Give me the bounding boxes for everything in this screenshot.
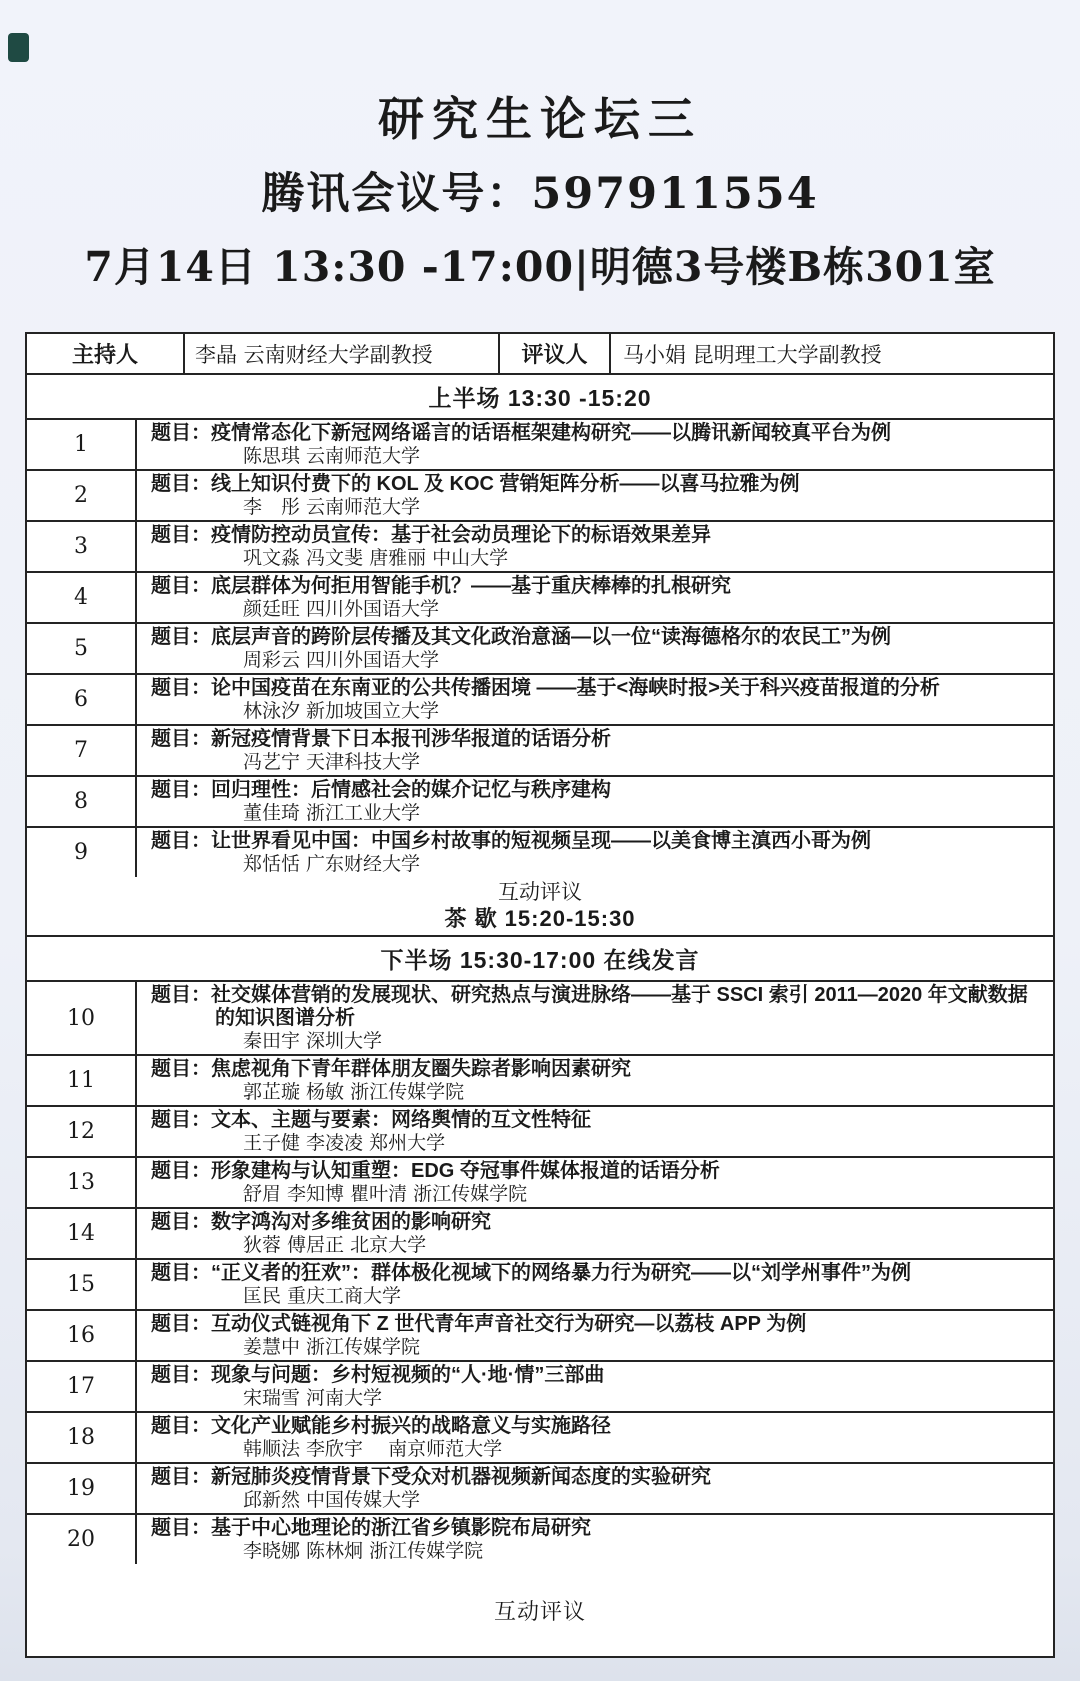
table-row: 19题目：新冠肺炎疫情背景下受众对机器视频新闻态度的实验研究邱新然 中国传媒大学 [27, 1464, 1053, 1515]
paper-title: 题目：疫情防控动员宣传：基于社会动员理论下的标语效果差异 [151, 524, 1043, 547]
row-content: 题目：焦虑视角下青年群体朋友圈失踪者影响因素研究郭芷璇 杨敏 浙江传媒学院 [137, 1056, 1053, 1105]
paper-authors: 狄蓉 傅居正 北京大学 [151, 1234, 1043, 1256]
second-half-header: 下半场 15:30-17:00 在线发言 [27, 937, 1053, 982]
paper-authors: 郭芷璇 杨敏 浙江传媒学院 [151, 1081, 1043, 1103]
row-content: 题目：数字鸿沟对多维贫困的影响研究狄蓉 傅居正 北京大学 [137, 1209, 1053, 1258]
page-title: 研究生论坛三 [0, 92, 1080, 147]
table-row: 14题目：数字鸿沟对多维贫困的影响研究狄蓉 傅居正 北京大学 [27, 1209, 1053, 1260]
paper-authors: 李晓娜 陈林炯 浙江传媒学院 [151, 1540, 1043, 1562]
row-number: 8 [27, 777, 137, 826]
paper-title: 题目：形象建构与认知重塑：EDG 夺冠事件媒体报道的话语分析 [151, 1160, 1043, 1183]
paper-title: 题目：底层群体为何拒用智能手机？——基于重庆棒棒的扎根研究 [151, 575, 1043, 598]
row-number: 9 [27, 828, 137, 877]
paper-title: 题目：新冠肺炎疫情背景下受众对机器视频新闻态度的实验研究 [151, 1466, 1043, 1489]
paper-authors: 周彩云 四川外国语大学 [151, 649, 1043, 671]
row-number: 12 [27, 1107, 137, 1156]
paper-authors: 林泳汐 新加坡国立大学 [151, 700, 1043, 722]
table-row: 17题目：现象与问题：乡村短视频的“人·地·情”三部曲宋瑞雪 河南大学 [27, 1362, 1053, 1413]
second-half-rows: 10题目：社交媒体营销的发展现状、研究热点与演进脉络——基于 SSCI 索引 2… [27, 982, 1053, 1564]
paper-authors: 匡民 重庆工商大学 [151, 1285, 1043, 1307]
tea-break-row: 互动评议 茶 歇 15:20-15:30 [27, 877, 1053, 937]
table-row: 4题目：底层群体为何拒用智能手机？——基于重庆棒棒的扎根研究颜廷旺 四川外国语大… [27, 573, 1053, 624]
paper-title: 题目：疫情常态化下新冠网络谣言的话语框架建构研究——以腾讯新闻较真平台为例 [151, 422, 1043, 445]
row-number: 18 [27, 1413, 137, 1462]
paper-authors: 陈思琪 云南师范大学 [151, 445, 1043, 467]
row-content: 题目：文本、主题与要素：网络舆情的互文性特征王子健 李凌凌 郑州大学 [137, 1107, 1053, 1156]
reviewer-value: 马小娟 昆明理工大学副教授 [611, 334, 1053, 373]
paper-title: 题目：互动仪式链视角下 Z 世代青年声音社交行为研究—以荔枝 APP 为例 [151, 1313, 1043, 1336]
paper-title: 题目：文化产业赋能乡村振兴的战略意义与实施路径 [151, 1415, 1043, 1438]
row-number: 17 [27, 1362, 137, 1411]
paper-authors: 巩文淼 冯文斐 唐雅丽 中山大学 [151, 547, 1043, 569]
schedule-table: 主持人 李晶 云南财经大学副教授 评议人 马小娟 昆明理工大学副教授 上半场 1… [25, 332, 1055, 1658]
paper-title: 题目：基于中心地理论的浙江省乡镇影院布局研究 [151, 1517, 1043, 1540]
table-row: 13题目：形象建构与认知重塑：EDG 夺冠事件媒体报道的话语分析舒眉 李知博 瞿… [27, 1158, 1053, 1209]
row-number: 15 [27, 1260, 137, 1309]
row-content: 题目：“正义者的狂欢”：群体极化视域下的网络暴力行为研究——以“刘学州事件”为例… [137, 1260, 1053, 1309]
paper-authors: 邱新然 中国传媒大学 [151, 1489, 1043, 1511]
corner-mark [8, 33, 29, 62]
paper-title: 题目：文本、主题与要素：网络舆情的互文性特征 [151, 1109, 1043, 1132]
table-row: 3题目：疫情防控动员宣传：基于社会动员理论下的标语效果差异巩文淼 冯文斐 唐雅丽… [27, 522, 1053, 573]
meeting-number-line: 腾讯会议号：597911554 [0, 169, 1080, 221]
table-row: 11题目：焦虑视角下青年群体朋友圈失踪者影响因素研究郭芷璇 杨敏 浙江传媒学院 [27, 1056, 1053, 1107]
paper-title: 题目：现象与问题：乡村短视频的“人·地·情”三部曲 [151, 1364, 1043, 1387]
first-half-rows: 1题目：疫情常态化下新冠网络谣言的话语框架建构研究——以腾讯新闻较真平台为例陈思… [27, 420, 1053, 877]
table-row: 9题目：让世界看见中国：中国乡村故事的短视频呈现——以美食博主滇西小哥为例郑恬恬… [27, 828, 1053, 877]
paper-authors: 颜廷旺 四川外国语大学 [151, 598, 1043, 620]
table-row: 18题目：文化产业赋能乡村振兴的战略意义与实施路径韩顺法 李欣宇 南京师范大学 [27, 1413, 1053, 1464]
row-number: 5 [27, 624, 137, 673]
row-content: 题目：疫情防控动员宣传：基于社会动员理论下的标语效果差异巩文淼 冯文斐 唐雅丽 … [137, 522, 1053, 571]
paper-title: 题目：社交媒体营销的发展现状、研究热点与演进脉络——基于 SSCI 索引 201… [151, 984, 1043, 1030]
paper-title: 题目：“正义者的狂欢”：群体极化视域下的网络暴力行为研究——以“刘学州事件”为例 [151, 1262, 1043, 1285]
paper-authors: 冯艺宁 天津科技大学 [151, 751, 1043, 773]
row-content: 题目：新冠疫情背景下日本报刊涉华报道的话语分析冯艺宁 天津科技大学 [137, 726, 1053, 775]
row-number: 3 [27, 522, 137, 571]
paper-authors: 宋瑞雪 河南大学 [151, 1387, 1043, 1409]
paper-title: 题目：数字鸿沟对多维贫困的影响研究 [151, 1211, 1043, 1234]
row-number: 10 [27, 982, 137, 1054]
bottom-interaction-row: 互动评议 [27, 1564, 1053, 1656]
row-content: 题目：线上知识付费下的 KOL 及 KOC 营销矩阵分析——以喜马拉雅为例李 彤… [137, 471, 1053, 520]
row-number: 11 [27, 1056, 137, 1105]
table-row: 2题目：线上知识付费下的 KOL 及 KOC 营销矩阵分析——以喜马拉雅为例李 … [27, 471, 1053, 522]
paper-title: 题目：线上知识付费下的 KOL 及 KOC 营销矩阵分析——以喜马拉雅为例 [151, 473, 1043, 496]
host-label: 主持人 [27, 334, 185, 373]
reviewer-label: 评议人 [500, 334, 611, 373]
tea-break-label: 茶 歇 15:20-15:30 [444, 906, 635, 932]
row-content: 题目：基于中心地理论的浙江省乡镇影院布局研究李晓娜 陈林炯 浙江传媒学院 [137, 1515, 1053, 1564]
paper-title: 题目：论中国疫苗在东南亚的公共传播困境 ——基于<海峡时报>关于科兴疫苗报道的分… [151, 677, 1043, 700]
row-number: 19 [27, 1464, 137, 1513]
paper-title: 题目：让世界看见中国：中国乡村故事的短视频呈现——以美食博主滇西小哥为例 [151, 830, 1043, 853]
table-row: 15题目：“正义者的狂欢”：群体极化视域下的网络暴力行为研究——以“刘学州事件”… [27, 1260, 1053, 1311]
table-row: 5题目：底层声音的跨阶层传播及其文化政治意涵—以一位“读海德格尔的农民工”为例周… [27, 624, 1053, 675]
table-row: 12题目：文本、主题与要素：网络舆情的互文性特征王子健 李凌凌 郑州大学 [27, 1107, 1053, 1158]
break-interaction-label: 互动评议 [498, 880, 582, 906]
row-number: 14 [27, 1209, 137, 1258]
date-location-line: 7月14日 13:30 -17:00|明德3号楼B栋301室 [0, 243, 1080, 292]
row-content: 题目：文化产业赋能乡村振兴的战略意义与实施路径韩顺法 李欣宇 南京师范大学 [137, 1413, 1053, 1462]
table-row: 6题目：论中国疫苗在东南亚的公共传播困境 ——基于<海峡时报>关于科兴疫苗报道的… [27, 675, 1053, 726]
host-reviewer-row: 主持人 李晶 云南财经大学副教授 评议人 马小娟 昆明理工大学副教授 [27, 334, 1053, 375]
row-number: 2 [27, 471, 137, 520]
row-content: 题目：论中国疫苗在东南亚的公共传播困境 ——基于<海峡时报>关于科兴疫苗报道的分… [137, 675, 1053, 724]
row-content: 题目：底层声音的跨阶层传播及其文化政治意涵—以一位“读海德格尔的农民工”为例周彩… [137, 624, 1053, 673]
row-content: 题目：底层群体为何拒用智能手机？——基于重庆棒棒的扎根研究颜廷旺 四川外国语大学 [137, 573, 1053, 622]
row-number: 20 [27, 1515, 137, 1564]
paper-title: 题目：底层声音的跨阶层传播及其文化政治意涵—以一位“读海德格尔的农民工”为例 [151, 626, 1043, 649]
row-content: 题目：互动仪式链视角下 Z 世代青年声音社交行为研究—以荔枝 APP 为例姜慧中… [137, 1311, 1053, 1360]
paper-title: 题目：焦虑视角下青年群体朋友圈失踪者影响因素研究 [151, 1058, 1043, 1081]
paper-authors: 董佳琦 浙江工业大学 [151, 802, 1043, 824]
row-number: 16 [27, 1311, 137, 1360]
row-number: 7 [27, 726, 137, 775]
row-content: 题目：社交媒体营销的发展现状、研究热点与演进脉络——基于 SSCI 索引 201… [137, 982, 1053, 1054]
row-number: 4 [27, 573, 137, 622]
first-half-header: 上半场 13:30 -15:20 [27, 375, 1053, 420]
table-row: 16题目：互动仪式链视角下 Z 世代青年声音社交行为研究—以荔枝 APP 为例姜… [27, 1311, 1053, 1362]
row-content: 题目：回归理性：后情感社会的媒介记忆与秩序建构董佳琦 浙江工业大学 [137, 777, 1053, 826]
table-row: 8题目：回归理性：后情感社会的媒介记忆与秩序建构董佳琦 浙江工业大学 [27, 777, 1053, 828]
row-number: 13 [27, 1158, 137, 1207]
row-content: 题目：形象建构与认知重塑：EDG 夺冠事件媒体报道的话语分析舒眉 李知博 瞿叶清… [137, 1158, 1053, 1207]
paper-authors: 韩顺法 李欣宇 南京师范大学 [151, 1438, 1043, 1460]
table-row: 20题目：基于中心地理论的浙江省乡镇影院布局研究李晓娜 陈林炯 浙江传媒学院 [27, 1515, 1053, 1564]
paper-authors: 王子健 李凌凌 郑州大学 [151, 1132, 1043, 1154]
paper-authors: 郑恬恬 广东财经大学 [151, 853, 1043, 875]
paper-authors: 舒眉 李知博 瞿叶清 浙江传媒学院 [151, 1183, 1043, 1205]
paper-authors: 姜慧中 浙江传媒学院 [151, 1336, 1043, 1358]
document-header: 研究生论坛三 腾讯会议号：597911554 7月14日 13:30 -17:0… [0, 0, 1080, 292]
paper-title: 题目：回归理性：后情感社会的媒介记忆与秩序建构 [151, 779, 1043, 802]
row-content: 题目：让世界看见中国：中国乡村故事的短视频呈现——以美食博主滇西小哥为例郑恬恬 … [137, 828, 1053, 877]
paper-authors: 秦田宇 深圳大学 [151, 1030, 1043, 1052]
row-number: 6 [27, 675, 137, 724]
row-content: 题目：新冠肺炎疫情背景下受众对机器视频新闻态度的实验研究邱新然 中国传媒大学 [137, 1464, 1053, 1513]
table-row: 7题目：新冠疫情背景下日本报刊涉华报道的话语分析冯艺宁 天津科技大学 [27, 726, 1053, 777]
paper-title: 题目：新冠疫情背景下日本报刊涉华报道的话语分析 [151, 728, 1043, 751]
host-value: 李晶 云南财经大学副教授 [185, 334, 500, 373]
paper-authors: 李 彤 云南师范大学 [151, 496, 1043, 518]
table-row: 10题目：社交媒体营销的发展现状、研究热点与演进脉络——基于 SSCI 索引 2… [27, 982, 1053, 1056]
row-number: 1 [27, 420, 137, 469]
row-content: 题目：现象与问题：乡村短视频的“人·地·情”三部曲宋瑞雪 河南大学 [137, 1362, 1053, 1411]
row-content: 题目：疫情常态化下新冠网络谣言的话语框架建构研究——以腾讯新闻较真平台为例陈思琪… [137, 420, 1053, 469]
table-row: 1题目：疫情常态化下新冠网络谣言的话语框架建构研究——以腾讯新闻较真平台为例陈思… [27, 420, 1053, 471]
